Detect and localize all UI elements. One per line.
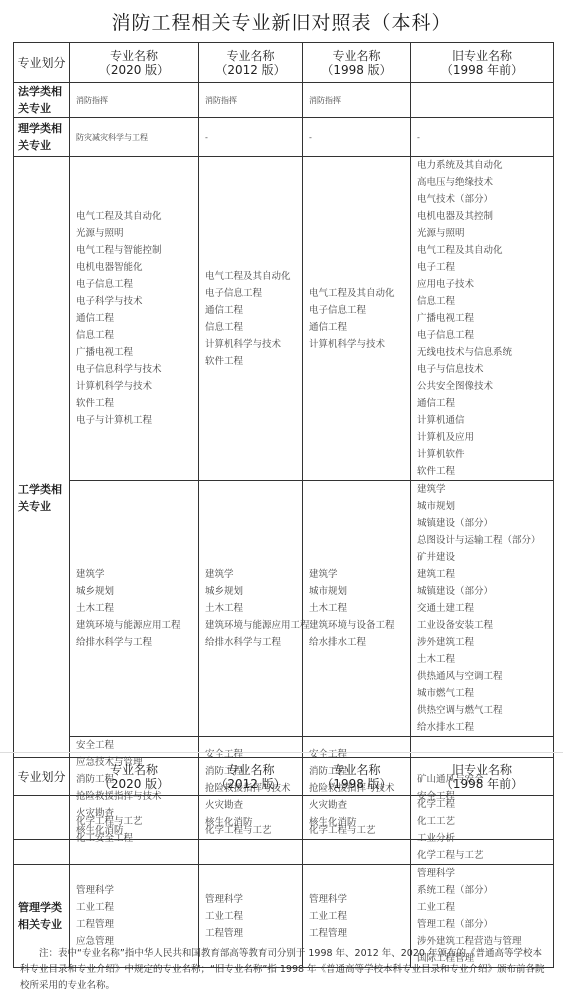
cell-2012: - bbox=[199, 118, 303, 157]
header-1998: 专业名称（1998 版） bbox=[303, 43, 411, 83]
major-name: 电气工程及其自动化 bbox=[205, 268, 296, 285]
major-name: 电气工程及其自动化 bbox=[309, 285, 404, 302]
major-name: 土木工程 bbox=[309, 600, 404, 617]
major-name: 给排水科学与工程 bbox=[205, 634, 296, 651]
category-cell bbox=[14, 796, 70, 865]
header-category: 专业划分 bbox=[14, 758, 70, 796]
major-name: 工程管理 bbox=[76, 916, 192, 933]
major-name: 电气工程及其自动化 bbox=[417, 242, 547, 259]
major-name: 化学工程与工艺 bbox=[76, 813, 192, 830]
major-name: 公共安全图像技术 bbox=[417, 378, 547, 395]
table-header-row: 专业划分 专业名称（2020 版） 专业名称（2012 版） 专业名称（1998… bbox=[14, 758, 554, 796]
major-name: 电子信息工程 bbox=[309, 302, 404, 319]
major-name: 城市规划 bbox=[309, 583, 404, 600]
major-name: 电力系统及其自动化 bbox=[417, 157, 547, 174]
major-name: 化学工程 bbox=[417, 796, 547, 813]
major-name: 电子信息工程 bbox=[76, 276, 192, 293]
cell-2012: 消防指挥 bbox=[199, 83, 303, 118]
comparison-table-part1: 专业划分 专业名称（2020 版） 专业名称（2012 版） 专业名称（1998… bbox=[13, 42, 554, 840]
table-row-chemical: 化学工程与工艺化工安全工程 化学工程与工艺 化学工程与工艺 化学工程化工工艺工业… bbox=[14, 796, 554, 865]
major-name: 光源与照明 bbox=[417, 225, 547, 242]
major-name: 化工工艺 bbox=[417, 813, 547, 830]
major-name: 城镇建设（部分） bbox=[417, 583, 547, 600]
major-name: 总图设计与运输工程（部分） bbox=[417, 532, 547, 549]
major-name: 计算机科学与技术 bbox=[309, 336, 404, 353]
major-name: 化学工程与工艺 bbox=[205, 822, 296, 839]
major-name: 管理科学 bbox=[417, 865, 547, 882]
major-name: 涉外建筑工程 bbox=[417, 634, 547, 651]
footnote: 注：表中“专业名称”指中华人民共和国教育部高等教育司分别于 1998 年、201… bbox=[20, 946, 550, 994]
major-name: 通信工程 bbox=[76, 310, 192, 327]
major-name: 广播电视工程 bbox=[417, 310, 547, 327]
major-name: 管理工程（部分） bbox=[417, 916, 547, 933]
major-name: 工业工程 bbox=[205, 908, 296, 925]
major-name: 计算机科学与技术 bbox=[76, 378, 192, 395]
header-2020: 专业名称（2020 版） bbox=[70, 758, 199, 796]
major-name: 管理科学 bbox=[205, 891, 296, 908]
major-name: 电机电器智能化 bbox=[76, 259, 192, 276]
major-name: 计算机科学与技术 bbox=[205, 336, 296, 353]
major-name: 城乡规划 bbox=[205, 583, 296, 600]
major-name: 计算机及应用 bbox=[417, 429, 547, 446]
major-name: 工业设备安装工程 bbox=[417, 617, 547, 634]
cell-1998: - bbox=[303, 118, 411, 157]
major-name: 建筑学 bbox=[76, 566, 192, 583]
header-old: 旧专业名称（1998 年前） bbox=[411, 43, 554, 83]
major-name: 高电压与绝缘技术 bbox=[417, 174, 547, 191]
cell-old bbox=[411, 83, 554, 118]
major-name: 城镇建设（部分） bbox=[417, 515, 547, 532]
header-1998: 专业名称（1998 版） bbox=[303, 758, 411, 796]
major-name: 建筑环境与能源应用工程 bbox=[205, 617, 296, 634]
major-name: 通信工程 bbox=[417, 395, 547, 412]
major-name: 通信工程 bbox=[309, 319, 404, 336]
table-row-science: 理学类相关专业 防灾减灾科学与工程 - - - bbox=[14, 118, 554, 157]
major-name: 工程管理 bbox=[205, 925, 296, 942]
cell-1998: 消防指挥 bbox=[303, 83, 411, 118]
comparison-table-part2: 专业划分 专业名称（2020 版） 专业名称（2012 版） 专业名称（1998… bbox=[13, 757, 554, 968]
header-old: 旧专业名称（1998 年前） bbox=[411, 758, 554, 796]
cell-2020: 建筑学城乡规划土木工程建筑环境与能源应用工程给排水科学与工程 bbox=[70, 481, 199, 737]
major-name: 城市燃气工程 bbox=[417, 685, 547, 702]
major-name: 给水排水工程 bbox=[309, 634, 404, 651]
major-name: 通信工程 bbox=[205, 302, 296, 319]
table-row-engineering-civil: 建筑学城乡规划土木工程建筑环境与能源应用工程给排水科学与工程 建筑学城乡规划土木… bbox=[14, 481, 554, 737]
table-row-engineering-electrical: 工学类相关专业 电气工程及其自动化光源与照明电气工程与智能控制电机电器智能化电子… bbox=[14, 157, 554, 481]
major-name: 电气工程及其自动化 bbox=[76, 208, 192, 225]
major-name: 电气技术（部分） bbox=[417, 191, 547, 208]
major-name: 广播电视工程 bbox=[76, 344, 192, 361]
major-name: 光源与照明 bbox=[76, 225, 192, 242]
major-name: - bbox=[205, 129, 296, 146]
major-name: 化学工程与工艺 bbox=[309, 822, 404, 839]
cell-2020: 化学工程与工艺化工安全工程 bbox=[70, 796, 199, 865]
cell-old: - bbox=[411, 118, 554, 157]
major-name: 信息工程 bbox=[76, 327, 192, 344]
major-name: 消防指挥 bbox=[205, 92, 296, 109]
major-name: 建筑学 bbox=[417, 481, 547, 498]
major-name: 消防指挥 bbox=[309, 92, 404, 109]
header-2020: 专业名称（2020 版） bbox=[70, 43, 199, 83]
cell-1998: 化学工程与工艺 bbox=[303, 796, 411, 865]
category-cell: 工学类相关专业 bbox=[14, 157, 70, 840]
major-name: 管理科学 bbox=[76, 882, 192, 899]
major-name: 建筑环境与设备工程 bbox=[309, 617, 404, 634]
major-name: 工业工程 bbox=[309, 908, 404, 925]
major-name: 土木工程 bbox=[205, 600, 296, 617]
major-name: 化工安全工程 bbox=[76, 830, 192, 847]
major-name: - bbox=[309, 129, 404, 146]
cell-2020: 防灾减灾科学与工程 bbox=[70, 118, 199, 157]
major-name: 工程管理 bbox=[309, 925, 404, 942]
major-name: 电子工程 bbox=[417, 259, 547, 276]
major-name: 建筑工程 bbox=[417, 566, 547, 583]
major-name: 信息工程 bbox=[205, 319, 296, 336]
major-name: 供热通风与空调工程 bbox=[417, 668, 547, 685]
major-name: 软件工程 bbox=[76, 395, 192, 412]
major-name: 软件工程 bbox=[205, 353, 296, 370]
major-name: 土木工程 bbox=[417, 651, 547, 668]
major-name: 工业工程 bbox=[417, 899, 547, 916]
table-header-row: 专业划分 专业名称（2020 版） 专业名称（2012 版） 专业名称（1998… bbox=[14, 43, 554, 83]
major-name: 建筑学 bbox=[309, 566, 404, 583]
cell-2012: 化学工程与工艺 bbox=[199, 796, 303, 865]
major-name: - bbox=[417, 129, 547, 146]
major-name: 防灾减灾科学与工程 bbox=[76, 129, 192, 146]
major-name: 计算机软件 bbox=[417, 446, 547, 463]
major-name: 计算机通信 bbox=[417, 412, 547, 429]
major-name: 化学工程与工艺 bbox=[417, 847, 547, 864]
cell-old: 建筑学城市规划城镇建设（部分）总图设计与运输工程（部分）矿井建设建筑工程城镇建设… bbox=[411, 481, 554, 737]
header-category: 专业划分 bbox=[14, 43, 70, 83]
cell-old: 电力系统及其自动化高电压与绝缘技术电气技术（部分）电机电器及其控制光源与照明电气… bbox=[411, 157, 554, 481]
header-2012: 专业名称（2012 版） bbox=[199, 758, 303, 796]
major-name: 矿井建设 bbox=[417, 549, 547, 566]
cell-2020: 消防指挥 bbox=[70, 83, 199, 118]
major-name: 城乡规划 bbox=[76, 583, 192, 600]
major-name: 信息工程 bbox=[417, 293, 547, 310]
major-name: 给排水科学与工程 bbox=[76, 634, 192, 651]
major-name: 工业分析 bbox=[417, 830, 547, 847]
major-name: 电子信息工程 bbox=[417, 327, 547, 344]
major-name: 无线电技术与信息系统 bbox=[417, 344, 547, 361]
major-name: 供热空调与燃气工程 bbox=[417, 702, 547, 719]
major-name: 电气工程与智能控制 bbox=[76, 242, 192, 259]
header-2012: 专业名称（2012 版） bbox=[199, 43, 303, 83]
major-name: 管理科学 bbox=[309, 891, 404, 908]
major-name: 电子信息工程 bbox=[205, 285, 296, 302]
major-name: 消防指挥 bbox=[76, 92, 192, 109]
major-name: 给水排水工程 bbox=[417, 719, 547, 736]
page-break-divider bbox=[0, 752, 563, 753]
major-name: 电子与信息技术 bbox=[417, 361, 547, 378]
page-title: 消防工程相关专业新旧对照表（本科） bbox=[0, 8, 563, 35]
cell-2012: 电气工程及其自动化电子信息工程通信工程信息工程计算机科学与技术软件工程 bbox=[199, 157, 303, 481]
major-name: 工业工程 bbox=[76, 899, 192, 916]
cell-old: 化学工程化工工艺工业分析化学工程与工艺 bbox=[411, 796, 554, 865]
major-name: 电子与计算机工程 bbox=[76, 412, 192, 429]
major-name: 系统工程（部分） bbox=[417, 882, 547, 899]
major-name: 建筑环境与能源应用工程 bbox=[76, 617, 192, 634]
major-name: 建筑学 bbox=[205, 566, 296, 583]
major-name: 电机电器及其控制 bbox=[417, 208, 547, 225]
cell-1998: 建筑学城市规划土木工程建筑环境与设备工程给水排水工程 bbox=[303, 481, 411, 737]
major-name: 交通土建工程 bbox=[417, 600, 547, 617]
table-row-law: 法学类相关专业 消防指挥 消防指挥 消防指挥 bbox=[14, 83, 554, 118]
major-name: 土木工程 bbox=[76, 600, 192, 617]
major-name: 软件工程 bbox=[417, 463, 547, 480]
major-name: 电子信息科学与技术 bbox=[76, 361, 192, 378]
cell-2020: 电气工程及其自动化光源与照明电气工程与智能控制电机电器智能化电子信息工程电子科学… bbox=[70, 157, 199, 481]
major-name: 应用电子技术 bbox=[417, 276, 547, 293]
cell-2012: 建筑学城乡规划土木工程建筑环境与能源应用工程给排水科学与工程 bbox=[199, 481, 303, 737]
category-cell: 理学类相关专业 bbox=[14, 118, 70, 157]
category-cell: 法学类相关专业 bbox=[14, 83, 70, 118]
major-name: 城市规划 bbox=[417, 498, 547, 515]
major-name: 电子科学与技术 bbox=[76, 293, 192, 310]
cell-1998: 电气工程及其自动化电子信息工程通信工程计算机科学与技术 bbox=[303, 157, 411, 481]
